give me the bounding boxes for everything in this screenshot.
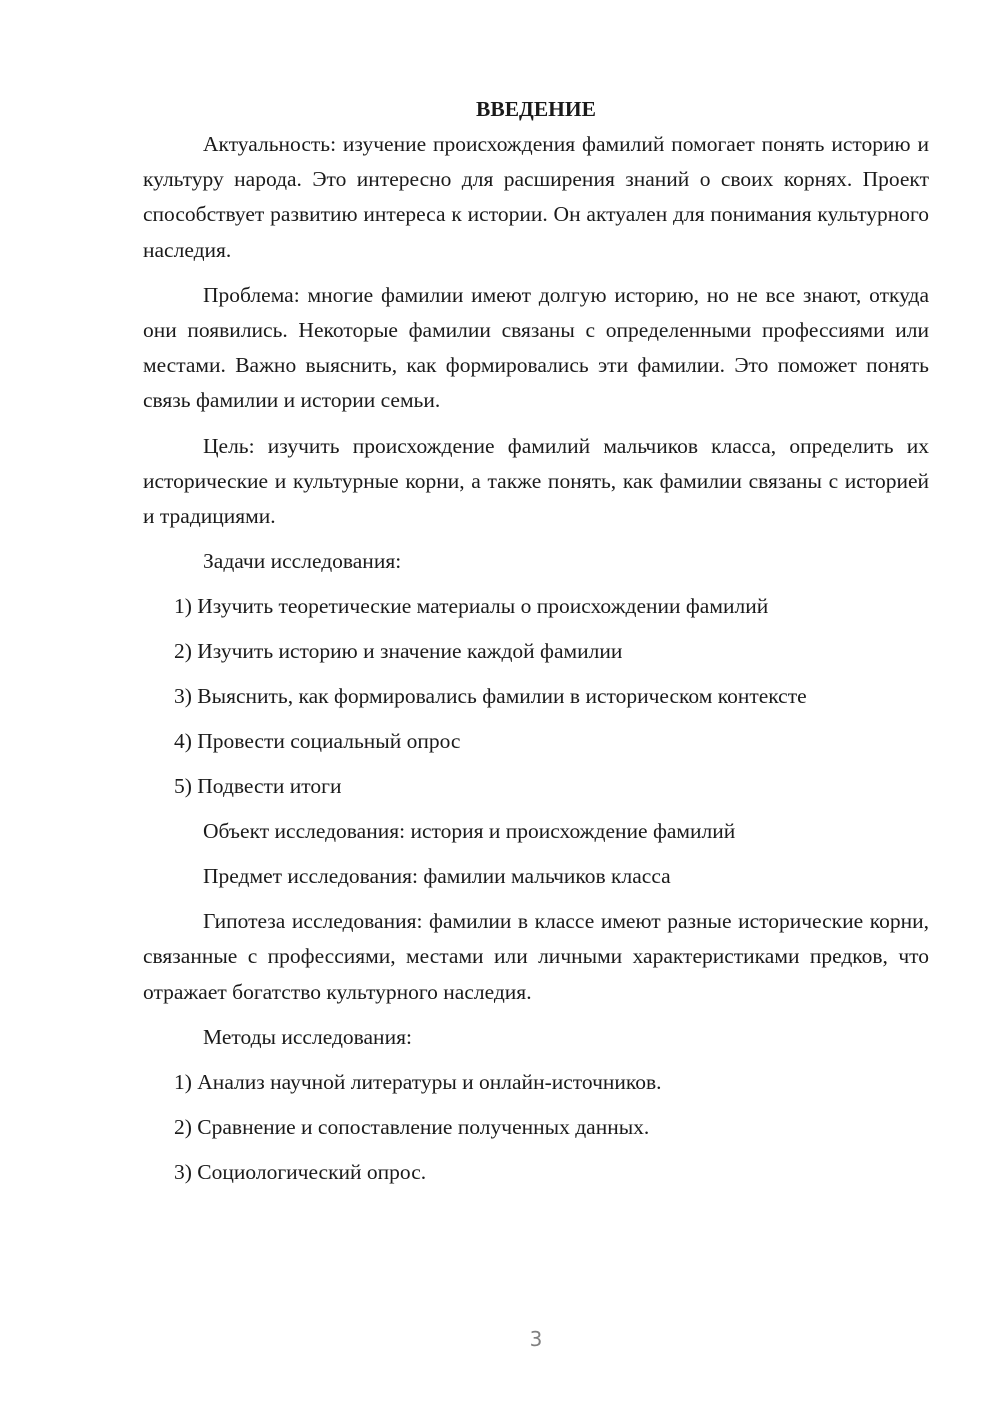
subject-paragraph: Предмет исследования: фамилии мальчиков … [143,859,929,894]
section-heading: ВВЕДЕНИЕ [143,92,929,127]
page-number: 3 [0,1327,1000,1351]
hypothesis-paragraph: Гипотеза исследования: фамилии в классе … [143,904,929,1010]
methods-list: 1) Анализ научной литературы и онлайн-ис… [143,1065,929,1190]
goal-paragraph: Цель: изучить происхождение фамилий маль… [143,429,929,535]
task-item: 1) Изучить теоретические материалы о про… [143,589,929,624]
task-item: 2) Изучить историю и значение каждой фам… [143,634,929,669]
tasks-label: Задачи исследования: [143,544,929,579]
relevance-paragraph: Актуальность: изучение происхождения фам… [143,127,929,268]
task-item: 4) Провести социальный опрос [143,724,929,759]
document-page: ВВЕДЕНИЕ Актуальность: изучение происхож… [143,92,929,1200]
method-item: 2) Сравнение и сопоставление полученных … [143,1110,929,1145]
methods-label: Методы исследования: [143,1020,929,1055]
task-item: 3) Выяснить, как формировались фамилии в… [143,679,929,714]
tasks-list: 1) Изучить теоретические материалы о про… [143,589,929,804]
object-paragraph: Объект исследования: история и происхожд… [143,814,929,849]
method-item: 1) Анализ научной литературы и онлайн-ис… [143,1065,929,1100]
problem-paragraph: Проблема: многие фамилии имеют долгую ис… [143,278,929,419]
task-item: 5) Подвести итоги [143,769,929,804]
method-item: 3) Социологический опрос. [143,1155,929,1190]
